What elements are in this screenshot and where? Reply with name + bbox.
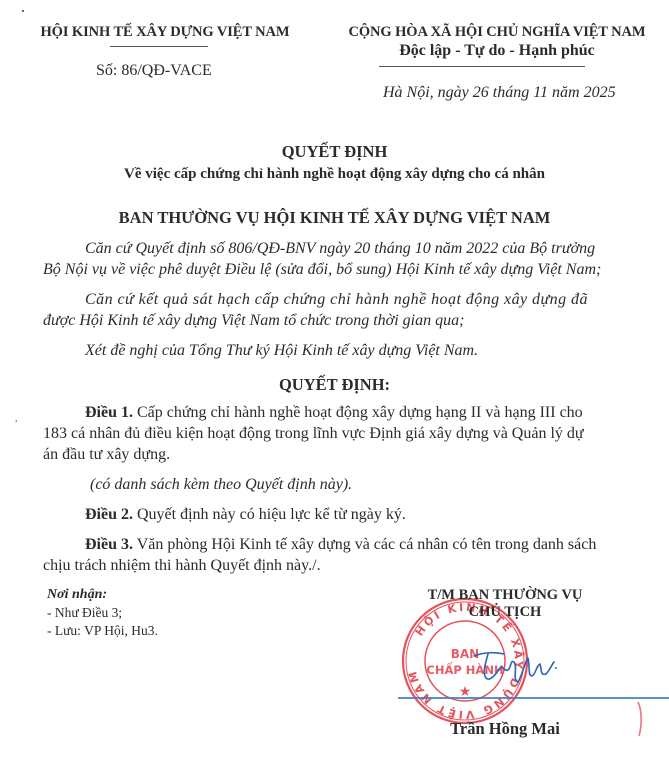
- article-2-label: Điều 2.: [85, 506, 133, 523]
- handwritten-signature: [470, 646, 560, 686]
- article-2-text: Quyết định này có hiệu lực kể từ ngày ký…: [133, 506, 406, 523]
- recipients-title: Nơi nhận:: [47, 587, 107, 603]
- ink-line: [398, 697, 669, 699]
- red-ink-mark: [636, 700, 644, 738]
- basis-1-line-2: Bộ Nội vụ về việc phê duyệt Điều lệ (sửa…: [43, 259, 601, 281]
- scan-mark: ,: [15, 413, 18, 424]
- nation-name: CỘNG HÒA XÃ HỘI CHỦ NGHĨA VIỆT NAM: [332, 24, 662, 41]
- place-date: Hà Nội, ngày 26 tháng 11 năm 2025: [383, 84, 616, 102]
- signature-role-2: CHỦ TỊCH: [380, 604, 630, 621]
- article-2: Điều 2. Quyết định này có hiệu lực kể từ…: [85, 504, 406, 526]
- basis-2-line-2: được Hội Kinh tế xây dựng Việt Nam tổ ch…: [43, 310, 464, 332]
- organization-name: HỘI KINH TẾ XÂY DỰNG VIỆT NAM: [34, 24, 296, 41]
- basis-2-line-1: Căn cứ kết quả sát hạch cấp chứng chỉ hà…: [85, 289, 588, 311]
- decision-heading: QUYẾT ĐỊNH:: [0, 375, 669, 395]
- recipient-item: - Lưu: VP Hội, Hu3.: [47, 623, 158, 639]
- article-3-text: Văn phòng Hội Kinh tế xây dựng và các cá…: [133, 536, 596, 553]
- article-3-line-2: chịu trách nhiệm thi hành Quyết định này…: [43, 555, 321, 577]
- document-number: Số: 86/QĐ-VACE: [96, 62, 212, 80]
- article-3-line-1: Điều 3. Văn phòng Hội Kinh tế xây dựng v…: [85, 534, 596, 556]
- article-1-line-2: 183 cá nhân đủ điều kiện hoạt động trong…: [43, 423, 584, 445]
- basis-1-line-1: Căn cứ Quyết định số 806/QĐ-BNV ngày 20 …: [85, 238, 595, 260]
- article-1-text: Cấp chứng chỉ hành nghề hoạt động xây dự…: [133, 404, 583, 421]
- issuing-authority: BAN THƯỜNG VỤ HỘI KINH TẾ XÂY DỰNG VIỆT …: [0, 208, 669, 228]
- article-1-note: (có danh sách kèm theo Quyết định này).: [90, 474, 352, 496]
- signer-name: Trần Hồng Mai: [380, 719, 630, 739]
- article-1-label: Điều 1.: [85, 404, 133, 421]
- motto-underline: [379, 66, 585, 67]
- signature-role-1: T/M BAN THƯỜNG VỤ: [380, 587, 630, 604]
- article-3-label: Điều 3.: [85, 536, 133, 553]
- article-1-line-1: Điều 1. Cấp chứng chỉ hành nghề hoạt độn…: [85, 402, 583, 424]
- basis-3: Xét đề nghị của Tổng Thư ký Hội Kinh tế …: [85, 340, 478, 362]
- document-title: QUYẾT ĐỊNH: [0, 142, 669, 162]
- organization-underline: [110, 46, 208, 47]
- national-motto: Độc lập - Tự do - Hạnh phúc: [332, 42, 662, 60]
- recipient-item: - Như Điều 3;: [47, 605, 122, 621]
- article-1-line-3: án đầu tư xây dựng.: [43, 444, 170, 466]
- document-subtitle: Về việc cấp chứng chỉ hành nghề hoạt độn…: [0, 166, 669, 183]
- scan-dot: [22, 10, 24, 12]
